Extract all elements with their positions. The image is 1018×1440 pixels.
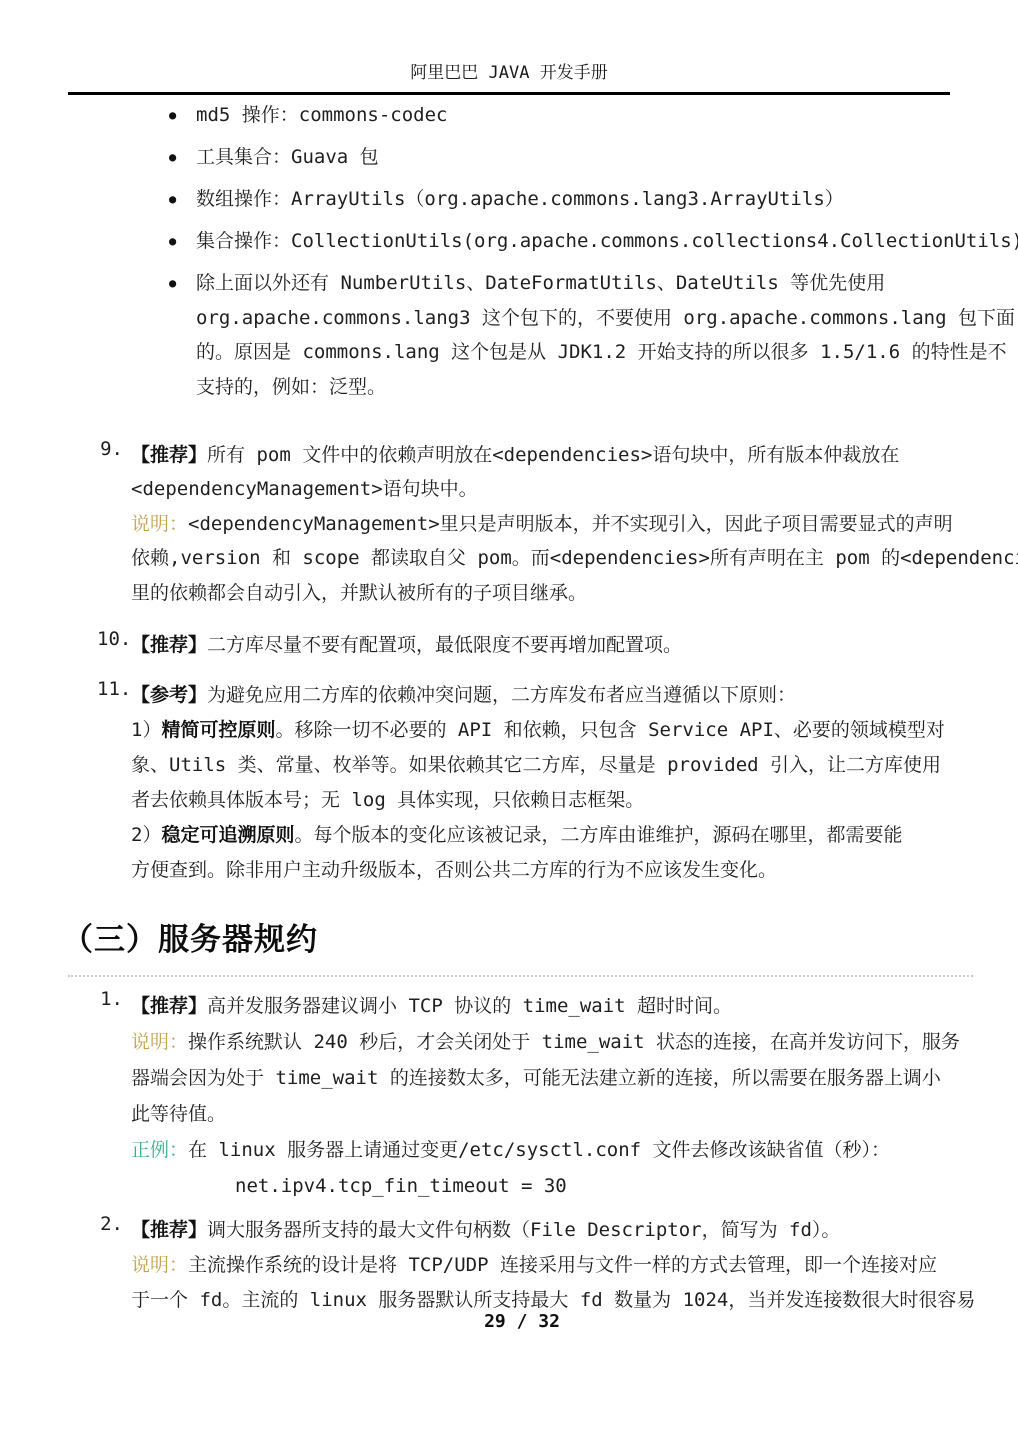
positive-example-label: 正例： (131, 1139, 188, 1161)
list-item: ● 除上面以外还有 NumberUtils、DateFormatUtils、Da… (196, 266, 986, 404)
text-line: org.apache.commons.lang3 这个包下的，不要使用 org.… (196, 301, 986, 336)
rule-item-1: 1. 【推荐】高并发服务器建议调小 TCP 协议的 time_wait 超时时间… (131, 988, 986, 1204)
note-label: 说明： (131, 1031, 188, 1053)
recommend-tag: 【推荐】 (131, 995, 207, 1017)
text-line: 工具集合：Guava 包 (196, 140, 986, 175)
rule-item-9: 9. 【推荐】所有 pom 文件中的依赖声明放在<dependencies>语句… (131, 438, 986, 610)
page-number: 29 / 32 (0, 1311, 1018, 1332)
item-number: 10. (97, 628, 123, 650)
text-line: 1）精简可控原则。移除一切不必要的 API 和依赖，只包含 Service AP… (131, 713, 986, 748)
section-heading: （三）服务器规约 (62, 920, 318, 960)
rule-item-10: 10. 【推荐】二方库尽量不要有配置项，最低限度不要再增加配置项。 (131, 628, 986, 662)
bullet-icon: ● (169, 140, 176, 175)
item-number: 2. (97, 1213, 123, 1235)
text-segment: 高并发服务器建议调小 TCP 协议的 time_wait 超时时间。 (207, 995, 732, 1017)
note-label: 说明： (131, 1254, 188, 1276)
bullet-icon: ● (169, 266, 176, 301)
bullet-icon: ● (169, 224, 176, 259)
text-line: 器端会因为处于 time_wait 的连接数太多，可能无法建立新的连接，所以需要… (131, 1060, 986, 1096)
text-line: 【推荐】高并发服务器建议调小 TCP 协议的 time_wait 超时时间。 (131, 988, 986, 1024)
text-segment: 所有 pom 文件中的依赖声明放在<dependencies>语句块中，所有版本… (207, 444, 899, 466)
text-segment: 操作系统默认 240 秒后，才会关闭处于 time_wait 状态的连接，在高并… (188, 1031, 960, 1053)
text-line: 者去依赖具体版本号；无 log 具体实现，只依赖日志框架。 (131, 783, 986, 818)
text-segment: 为避免应用二方库的依赖冲突问题，二方库发布者应当遵循以下原则： (207, 684, 796, 706)
text-line: 数组操作：ArrayUtils（org.apache.commons.lang3… (196, 182, 986, 217)
principle-name: 精简可控原则 (161, 719, 275, 741)
text-line: 正例：在 linux 服务器上请通过变更/etc/sysctl.conf 文件去… (131, 1132, 986, 1168)
bullet-icon: ● (169, 98, 176, 133)
text-segment: 主流操作系统的设计是将 TCP/UDP 连接采用与文件一样的方式去管理，即一个连… (188, 1254, 937, 1276)
text-line: 里的依赖都会自动引入，并默认被所有的子项目继承。 (131, 576, 986, 610)
text-segment: 1） (131, 719, 161, 741)
text-line: 的。原因是 commons.lang 这个包是从 JDK1.2 开始支持的所以很… (196, 335, 986, 370)
text-segment: 调大服务器所支持的最大文件句柄数（File Descriptor，简写为 fd）… (207, 1219, 840, 1241)
text-line: 2）稳定可追溯原则。每个版本的变化应该被记录，二方库由谁维护，源码在哪里，都需要… (131, 818, 986, 853)
page-header-title: 阿里巴巴 JAVA 开发手册 (0, 62, 1018, 84)
principle-name: 稳定可追溯原则 (161, 824, 294, 846)
recommend-tag: 【推荐】 (131, 444, 207, 466)
item-number: 9. (97, 438, 123, 460)
code-line: net.ipv4.tcp_fin_timeout = 30 (131, 1168, 986, 1204)
text-line: 【推荐】调大服务器所支持的最大文件句柄数（File Descriptor，简写为… (131, 1213, 986, 1248)
rule-item-11: 11. 【参考】为避免应用二方库的依赖冲突问题，二方库发布者应当遵循以下原则： … (131, 678, 986, 888)
text-segment: 2） (131, 824, 161, 846)
note-label: 说明： (131, 513, 188, 535)
text-line: 【参考】为避免应用二方库的依赖冲突问题，二方库发布者应当遵循以下原则： (131, 678, 986, 713)
text-segment: 。移除一切不必要的 API 和依赖，只包含 Service API、必要的领域模… (275, 719, 944, 741)
item-number: 1. (97, 988, 123, 1010)
document-page: 阿里巴巴 JAVA 开发手册 ● md5 操作：commons-codec ● … (0, 0, 1018, 1440)
text-line: 【推荐】二方库尽量不要有配置项，最低限度不要再增加配置项。 (131, 628, 986, 662)
text-line: 说明：主流操作系统的设计是将 TCP/UDP 连接采用与文件一样的方式去管理，即… (131, 1248, 986, 1283)
reference-tag: 【参考】 (131, 684, 207, 706)
rule-item-2: 2. 【推荐】调大服务器所支持的最大文件句柄数（File Descriptor，… (131, 1213, 986, 1318)
header-divider (68, 92, 950, 95)
text-line: 此等待值。 (131, 1096, 986, 1132)
list-item: ● 数组操作：ArrayUtils（org.apache.commons.lan… (196, 182, 986, 217)
text-segment: <dependencyManagement>里只是声明版本，并不实现引入，因此子… (188, 513, 953, 535)
text-segment: 在 linux 服务器上请通过变更/etc/sysctl.conf 文件去修改该… (188, 1139, 890, 1161)
list-item: ● md5 操作：commons-codec (196, 98, 986, 133)
section-divider (68, 975, 973, 977)
text-line: 【推荐】所有 pom 文件中的依赖声明放在<dependencies>语句块中，… (131, 438, 986, 472)
item-number: 11. (97, 678, 123, 700)
text-line: 依赖,version 和 scope 都读取自父 pom。而<dependenc… (131, 541, 986, 575)
text-line: 说明：操作系统默认 240 秒后，才会关闭处于 time_wait 状态的连接，… (131, 1024, 986, 1060)
list-item: ● 集合操作：CollectionUtils(org.apache.common… (196, 224, 986, 259)
recommend-tag: 【推荐】 (131, 634, 207, 656)
recommend-tag: 【推荐】 (131, 1219, 207, 1241)
text-line: 支持的，例如：泛型。 (196, 370, 986, 405)
bullet-icon: ● (169, 182, 176, 217)
text-line: <dependencyManagement>语句块中。 (131, 472, 986, 506)
text-segment: 二方库尽量不要有配置项，最低限度不要再增加配置项。 (207, 634, 682, 656)
text-line: 说明：<dependencyManagement>里只是声明版本，并不实现引入，… (131, 507, 986, 541)
text-line: md5 操作：commons-codec (196, 98, 986, 133)
text-line: 除上面以外还有 NumberUtils、DateFormatUtils、Date… (196, 266, 986, 301)
text-line: 集合操作：CollectionUtils(org.apache.commons.… (196, 224, 986, 259)
text-line: 象、Utils 类、常量、枚举等。如果依赖其它二方库，尽量是 provided … (131, 748, 986, 783)
list-item: ● 工具集合：Guava 包 (196, 140, 986, 175)
text-line: 方便查到。除非用户主动升级版本，否则公共二方库的行为不应该发生变化。 (131, 853, 986, 888)
text-segment: 。每个版本的变化应该被记录，二方库由谁维护，源码在哪里，都需要能 (294, 824, 902, 846)
